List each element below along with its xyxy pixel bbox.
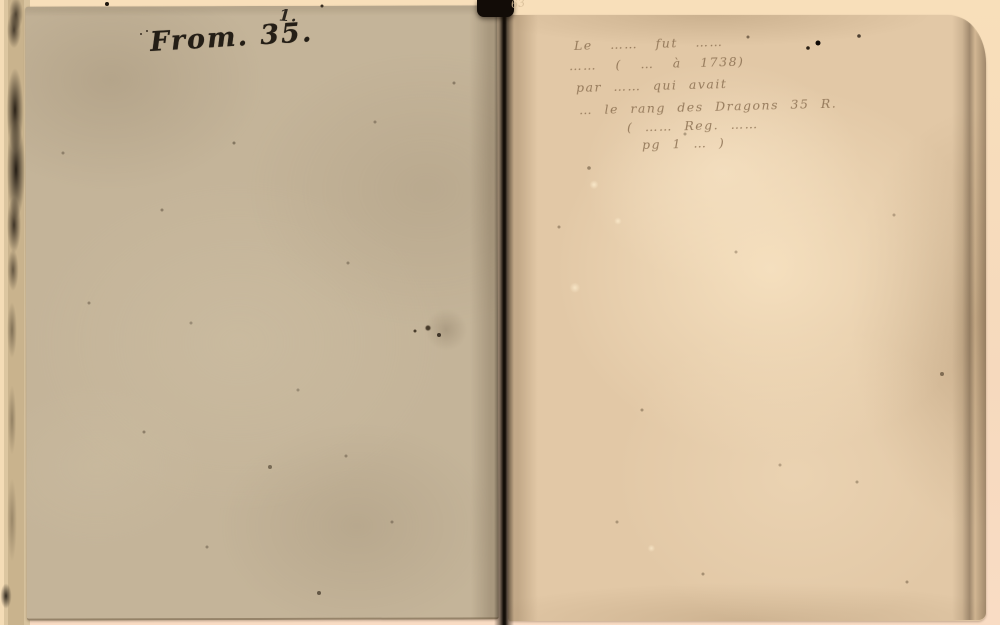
gutter-shadow bbox=[494, 0, 514, 625]
left-page bbox=[25, 5, 499, 620]
manuscript-scan: 63 1. From. 35. Le …… fut …… …… ( … à 17… bbox=[0, 0, 1000, 625]
ink-dots bbox=[140, 33, 142, 35]
binding-clamp bbox=[477, 0, 514, 17]
right-page-edge-shading bbox=[952, 16, 986, 620]
foxing-specks-right bbox=[0, 0, 2, 2]
inscription-line-6: pg 1 … ) bbox=[642, 135, 726, 152]
corner-mark: 63 bbox=[510, 0, 526, 11]
